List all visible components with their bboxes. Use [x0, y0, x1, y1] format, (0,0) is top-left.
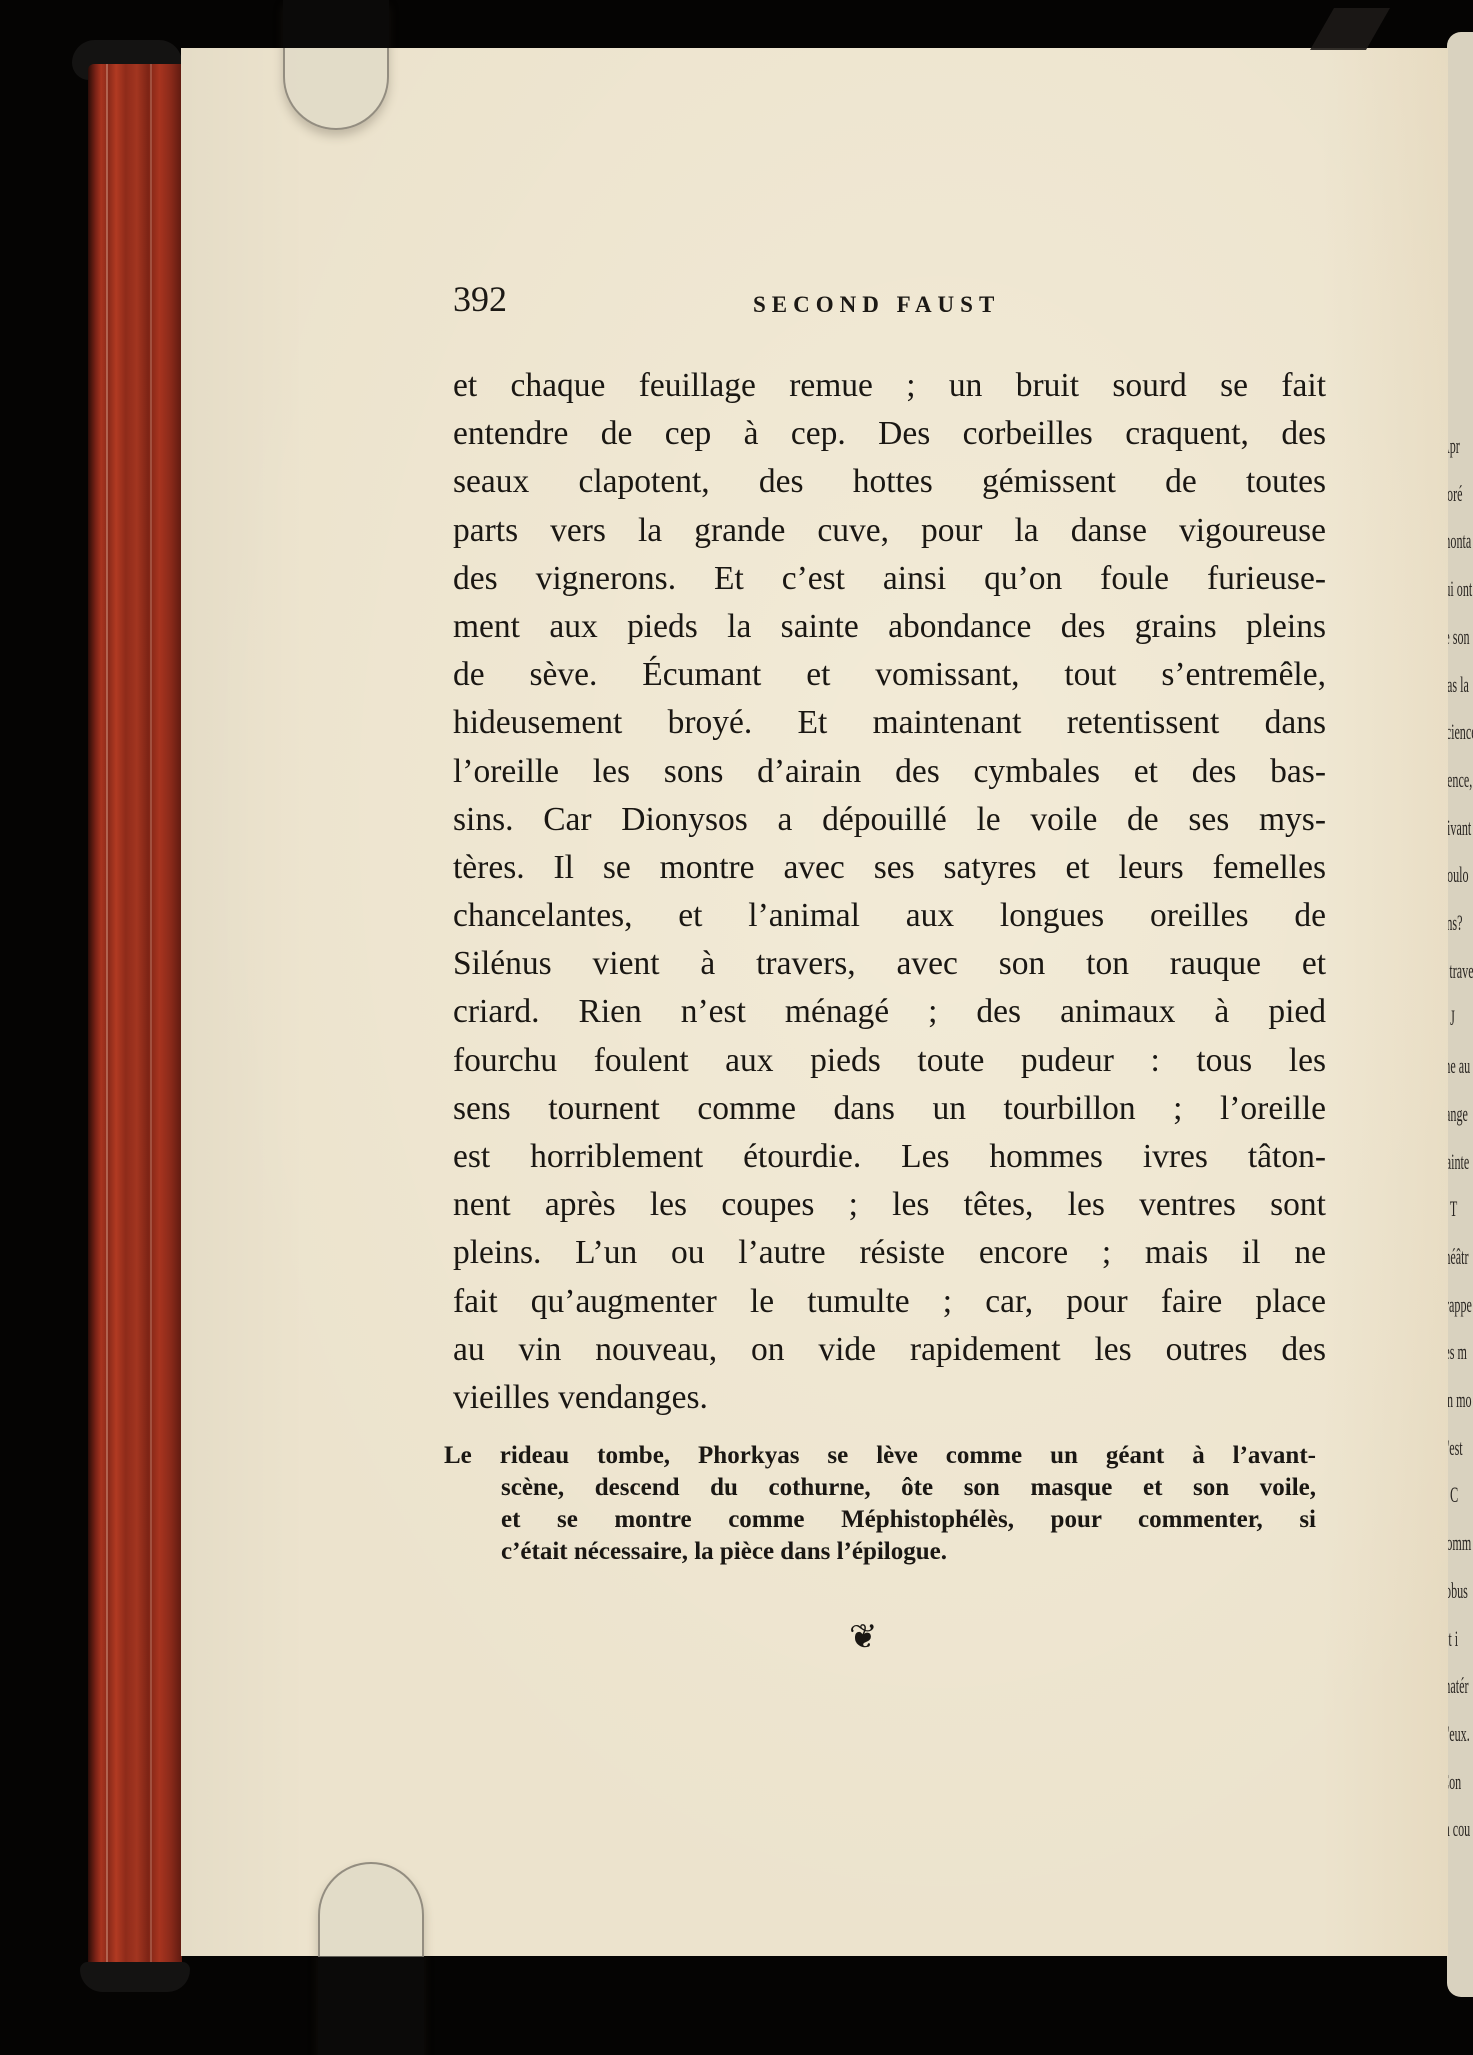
stage-direction-line: scène, descend du cothurne, ôte son masq… [501, 1472, 1316, 1504]
stage-direction-line: et se montre comme Méphistophélès, pour … [501, 1504, 1316, 1536]
text-line: Silénus vient à travers, avec son ton ra… [453, 940, 1326, 988]
next-page-fragment: me au [1447, 1042, 1473, 1090]
next-page-text: Aprdorémontalui ontle sonpas lasciencepe… [1447, 422, 1473, 1853]
next-page-fragment: théâtr [1447, 1233, 1473, 1281]
page-clip-top [283, 0, 389, 130]
next-page-fragment: d'eux. [1447, 1710, 1473, 1758]
page-weight-right [1310, 8, 1390, 50]
binding-corner-bottom [80, 1962, 190, 1992]
next-page-fragment: robus [1447, 1567, 1473, 1615]
book-scan-scene: Aprdorémontalui ontle sonpas lasciencepe… [0, 0, 1473, 2055]
body-paragraph: et chaque feuillage remue ; un bruit sou… [453, 362, 1326, 1422]
next-page-fragment: frappe [1447, 1281, 1473, 1329]
next-page-fragment: doré [1447, 470, 1473, 518]
next-page-fragment: comm [1447, 1519, 1473, 1567]
next-page-fragment: pas la [1447, 661, 1473, 709]
next-page-fragment: lui ont [1447, 565, 1473, 613]
text-line: ment aux pieds la sainte abondance des g… [453, 603, 1326, 651]
next-page-fragment: matér [1447, 1662, 1473, 1710]
stage-direction-line: Le rideau tombe, Phorkyas se lève comme … [444, 1440, 1316, 1472]
next-page-fragment: les m [1447, 1328, 1473, 1376]
next-page-fragment: range [1447, 1090, 1473, 1138]
running-title: SECOND FAUST [753, 292, 1000, 318]
text-line: est horriblement étourdie. Les hommes iv… [453, 1133, 1326, 1181]
text-line: seaux clapotent, des hottes gémissent de… [453, 458, 1326, 506]
next-page-fragment: voulo [1447, 851, 1473, 899]
text-line: chancelantes, et l’animal aux longues or… [453, 892, 1326, 940]
text-line: vieilles vendanges. [453, 1374, 1326, 1422]
next-page-fragment: – J [1447, 994, 1473, 1042]
next-page-edge: Aprdorémontalui ontle sonpas lasciencepe… [1447, 32, 1473, 1997]
text-line: et chaque feuillage remue ; un bruit sou… [453, 362, 1326, 410]
next-page-fragment: monta [1447, 517, 1473, 565]
next-page-fragment: la cou [1447, 1805, 1473, 1853]
text-line: fourchu foulent aux pieds toute pudeur :… [453, 1037, 1326, 1085]
fleuron-ornament-icon: ❦ [849, 1620, 878, 1654]
next-page-fragment: vivant [1447, 804, 1473, 852]
text-line: pleins. L’un ou l’autre résiste encore ;… [453, 1229, 1326, 1277]
stage-direction: Le rideau tombe, Phorkyas se lève comme … [444, 1440, 1316, 1568]
next-page-fragment: ens? [1447, 899, 1473, 947]
text-line: sens tournent comme dans un tourbillon ;… [453, 1085, 1326, 1133]
text-line: fait qu’augmenter le tumulte ; car, pour… [453, 1278, 1326, 1326]
next-page-fragment: – T [1447, 1185, 1473, 1233]
text-line: hideusement broyé. Et maintenant retenti… [453, 699, 1326, 747]
next-page-fragment: Apr [1447, 422, 1473, 470]
stage-direction-line: c’était nécessaire, la pièce dans l’épil… [501, 1536, 1316, 1568]
text-line: criard. Rien n’est ménagé ; des animaux … [453, 988, 1326, 1036]
page-number: 392 [453, 278, 507, 320]
text-line: sins. Car Dionysos a dépouillé le voile … [453, 796, 1326, 844]
next-page-fragment: le son [1447, 613, 1473, 661]
next-page-fragment: un mo [1447, 1376, 1473, 1424]
text-line: nent après les coupes ; les têtes, les v… [453, 1181, 1326, 1229]
next-page-fragment: à trave [1447, 947, 1473, 995]
next-page-fragment: – C [1447, 1471, 1473, 1519]
text-line: entendre de cep à cep. Des corbeilles cr… [453, 410, 1326, 458]
next-page-fragment: Et i [1447, 1615, 1473, 1663]
next-page-fragment: sainte [1447, 1138, 1473, 1186]
text-line: parts vers la grande cuve, pour la danse… [453, 507, 1326, 555]
text-line: de sève. Écumant et vomissant, tout s’en… [453, 651, 1326, 699]
running-header: 392 SECOND FAUST [453, 278, 1333, 328]
next-page-fragment: science [1447, 708, 1473, 756]
text-line: des vignerons. Et c’est ainsi qu’on foul… [453, 555, 1326, 603]
red-page-edges [88, 64, 182, 1974]
page-clip-bottom [318, 1862, 424, 2055]
next-page-fragment: pence, [1447, 756, 1473, 804]
text-line: tères. Il se montre avec ses satyres et … [453, 844, 1326, 892]
next-page-fragment: n'est [1447, 1424, 1473, 1472]
text-line: l’oreille les sons d’airain des cymbales… [453, 748, 1326, 796]
next-page-fragment: Con [1447, 1758, 1473, 1806]
text-line: au vin nouveau, on vide rapidement les o… [453, 1326, 1326, 1374]
